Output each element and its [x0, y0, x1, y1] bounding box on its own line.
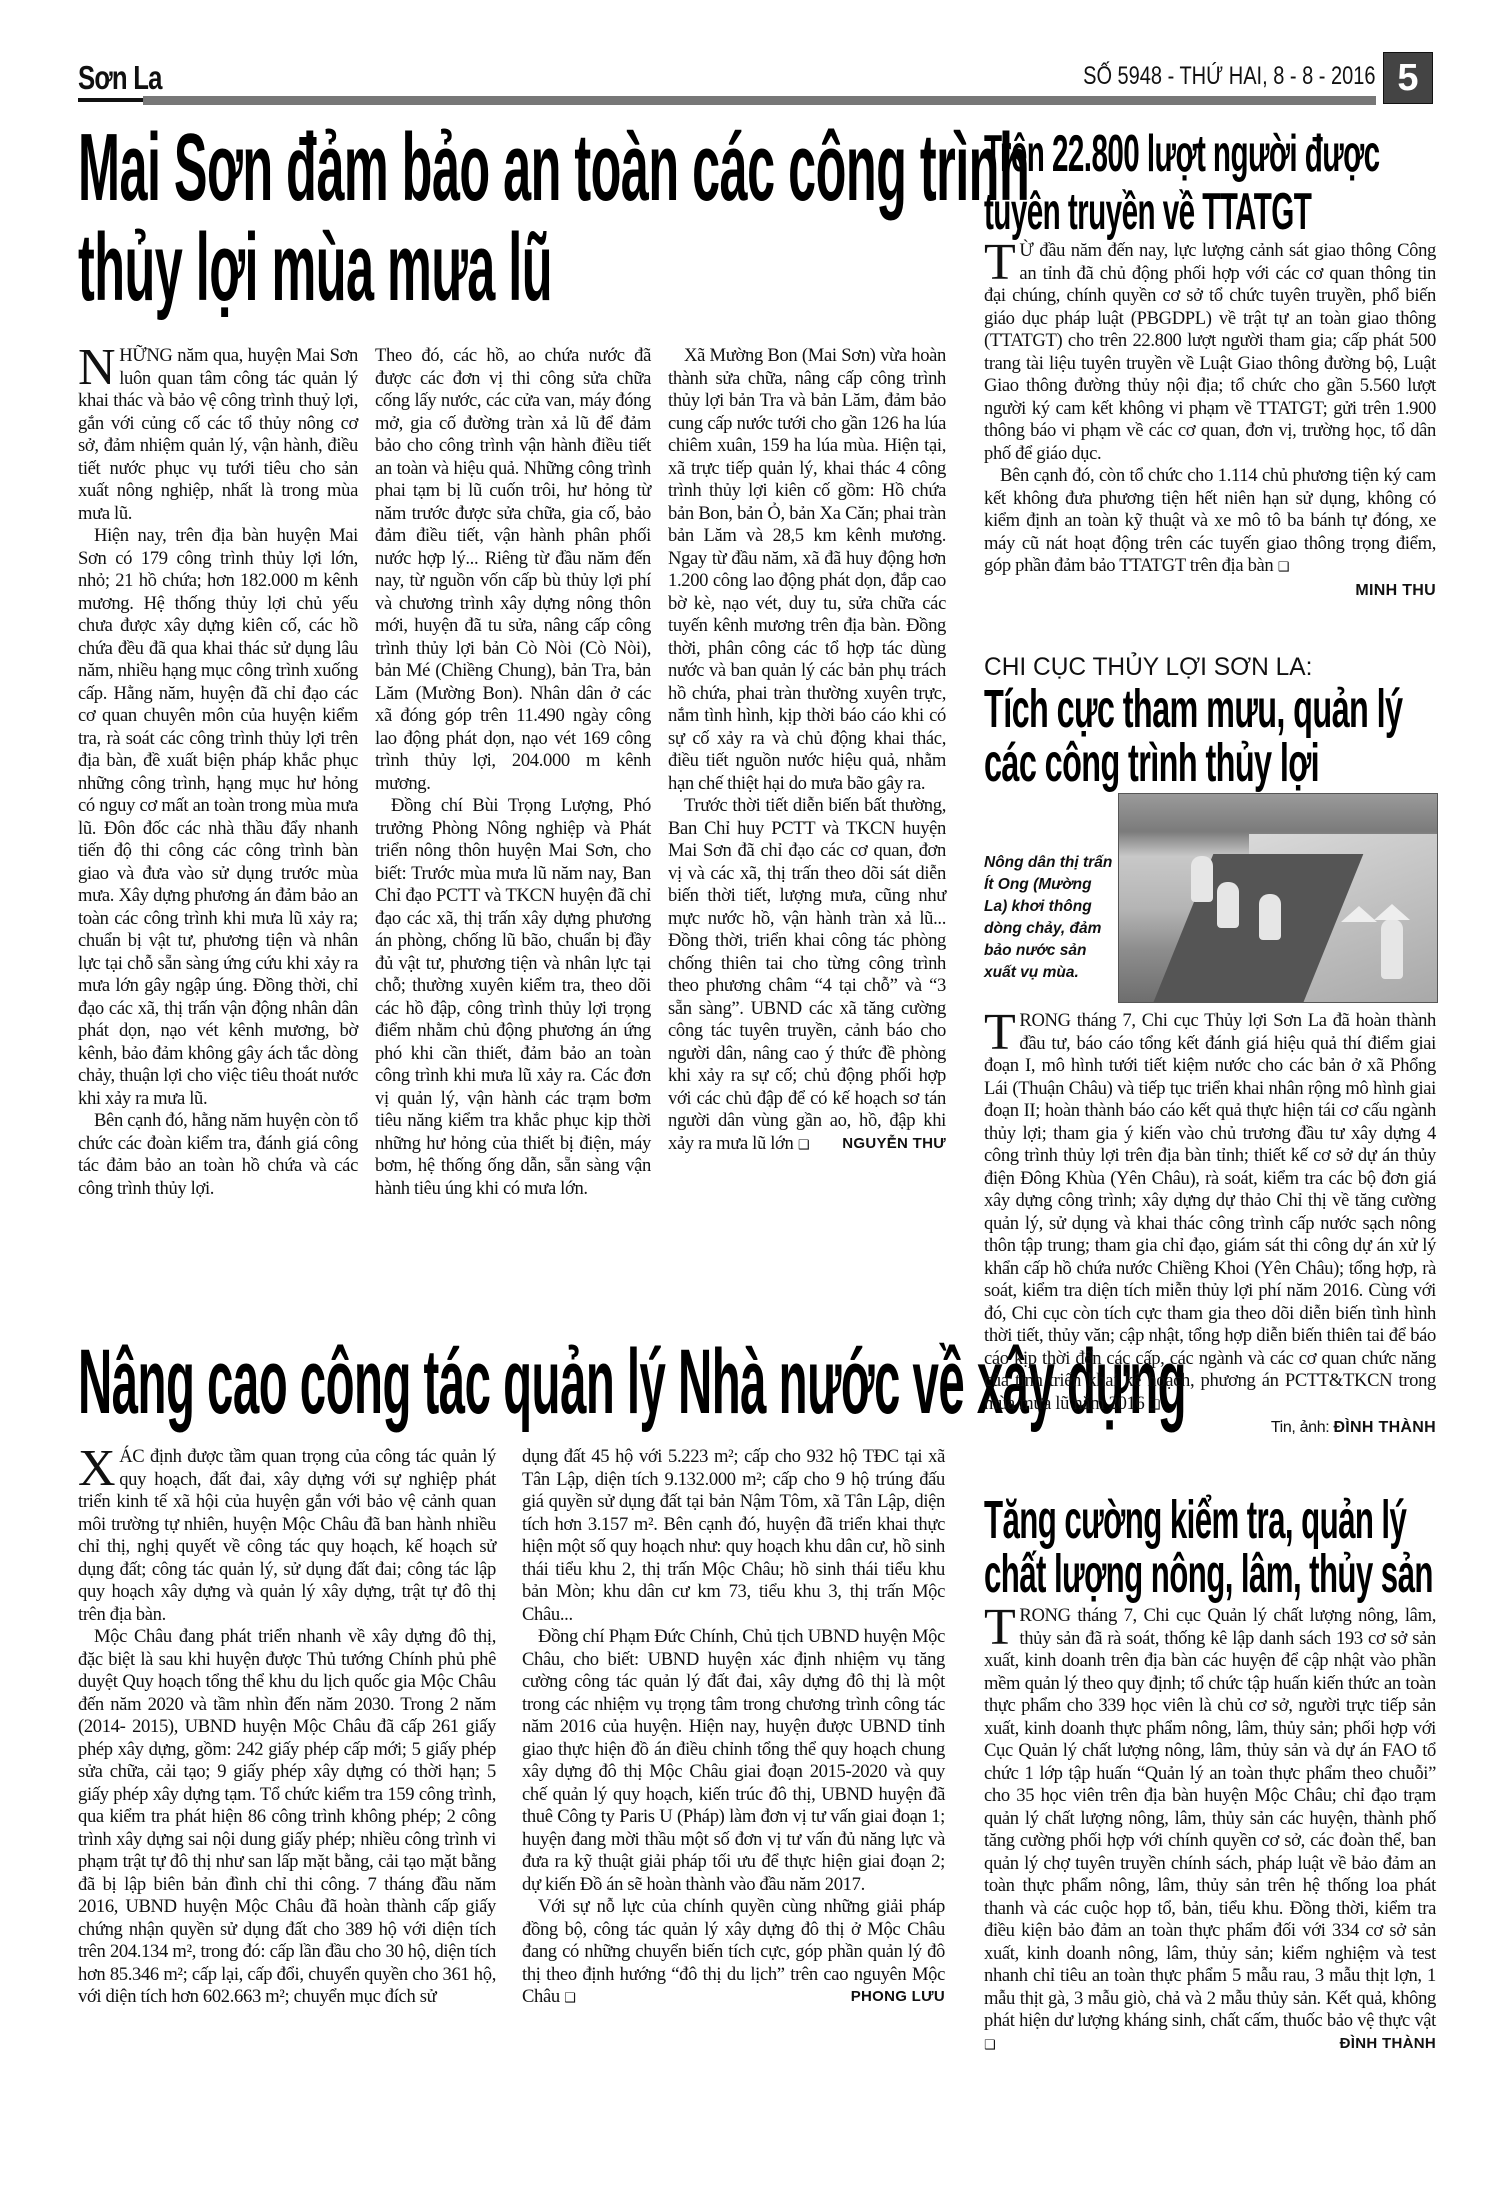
- quality-headline-line-1: Tăng cường kiểm tra, quản lý: [984, 1493, 1433, 1547]
- traffic-headline-line-2: tuyên truyền về TTATGT: [984, 183, 1380, 241]
- construction-article-column-2: dụng đất 45 hộ với 5.223 m²; cấp cho 932…: [522, 1446, 945, 2011]
- main-article-column-3: Xã Mường Bon (Mai Sơn) vừa hoàn thành sử…: [668, 345, 946, 1157]
- quality-headline-line-2: chất lượng nông, lâm, thủy sản: [984, 1547, 1433, 1601]
- end-mark-icon: ❑: [1278, 560, 1289, 575]
- traffic-article-body: TỪ đầu năm đến nay, lực lượng cảnh sát g…: [984, 240, 1436, 602]
- quality-article-body: TRONG tháng 7, Chi cục Quản lý chất lượn…: [984, 1605, 1436, 2057]
- photo-person: [1381, 919, 1403, 979]
- quality-headline: Tăng cường kiểm tra, quản lý chất lượng …: [984, 1493, 1433, 1601]
- traffic-headline-line-1: Trên 22.800 lượt người được: [984, 125, 1380, 183]
- irrigation-headline-line-2: các công trình thủy lợi: [984, 736, 1402, 790]
- paragraph: Mộc Châu đang phát triển nhanh về xây dự…: [78, 1626, 496, 2009]
- paragraph: TRONG tháng 7, Chi cục Thủy lợi Sơn La đ…: [984, 1010, 1436, 1417]
- end-mark-icon: ❑: [984, 2038, 995, 2053]
- paragraph: Hiện nay, trên địa bàn huyện Mai Sơn có …: [78, 525, 358, 1110]
- photo-conical-hat: [1341, 906, 1377, 922]
- end-mark-icon: ❑: [564, 1991, 575, 2006]
- drop-cap: X: [78, 1449, 115, 1489]
- paragraph: Với sự nỗ lực của chính quyền cùng những…: [522, 1896, 945, 2011]
- irrigation-kicker: CHI CỤC THỦY LỢI SƠN LA:: [984, 652, 1312, 682]
- main-article-column-1: NHỮNG năm qua, huyện Mai Sơn luôn quan t…: [78, 345, 358, 1200]
- farmers-canal-photo: [1118, 793, 1438, 1003]
- main-article-column-2: Theo đó, các hồ, ao chứa nước đã được cá…: [375, 345, 651, 1200]
- end-mark-icon: ❑: [798, 1138, 809, 1153]
- photo-caption: Nông dân thị trấn Ít Ong (Mường La) khơi…: [984, 852, 1114, 984]
- photo-conical-hat: [1374, 904, 1410, 920]
- irrigation-headline-line-1: Tích cực tham mưu, quản lý: [984, 682, 1402, 736]
- traffic-headline: Trên 22.800 lượt người được tuyên truyền…: [984, 125, 1380, 241]
- paragraph: dụng đất 45 hộ với 5.223 m²; cấp cho 932…: [522, 1446, 945, 1626]
- drop-cap: N: [78, 348, 115, 388]
- photo-person: [1259, 894, 1281, 940]
- paragraph: Đồng chí Phạm Đức Chính, Chủ tịch UBND h…: [522, 1626, 945, 1896]
- paragraph: XÁC định được tầm quan trọng của công tá…: [78, 1446, 496, 1626]
- issue-date-line: SỐ 5948 - THỨ HAI, 8 - 8 - 2016: [1083, 60, 1375, 92]
- paragraph: Đồng chí Bùi Trọng Lượng, Phó trưởng Phò…: [375, 795, 651, 1200]
- paragraph: Bên cạnh đó, hằng năm huyện còn tổ chức …: [78, 1110, 358, 1200]
- paragraph: TRONG tháng 7, Chi cục Quản lý chất lượn…: [984, 1605, 1436, 2057]
- drop-cap: T: [984, 243, 1015, 283]
- main-headline-line-1: Mai Sơn đảm bảo an toàn các công trình: [78, 118, 1029, 218]
- irrigation-article-body: TRONG tháng 7, Chi cục Thủy lợi Sơn La đ…: [984, 1010, 1436, 1440]
- paragraph: Bên cạnh đó, còn tổ chức cho 1.114 chủ p…: [984, 465, 1436, 580]
- photo-person: [1191, 856, 1213, 902]
- page-number-badge: 5: [1383, 52, 1433, 104]
- drop-cap: T: [984, 1013, 1015, 1053]
- byline: PHONG LƯU: [835, 1986, 945, 2009]
- construction-article-column-1: XÁC định được tầm quan trọng của công tá…: [78, 1446, 496, 2009]
- end-mark-icon: ❑: [1149, 1398, 1160, 1413]
- photo-person: [1217, 882, 1239, 928]
- main-headline: Mai Sơn đảm bảo an toàn các công trình t…: [78, 118, 1029, 318]
- drop-cap: T: [984, 1608, 1015, 1648]
- byline: MINH THU: [1355, 582, 1436, 599]
- main-headline-line-2: thủy lợi mùa mưa lũ: [78, 218, 1029, 318]
- paragraph: TỪ đầu năm đến nay, lực lượng cảnh sát g…: [984, 240, 1436, 465]
- byline: ĐÌNH THÀNH: [1333, 1419, 1436, 1436]
- photo-credit: Tin, ảnh: ĐÌNH THÀNH: [984, 1417, 1436, 1440]
- paragraph: Trước thời tiết diễn biến bất thường, Ba…: [668, 795, 946, 1157]
- header-rule: [143, 96, 1376, 105]
- byline: NGUYỄN THƯ: [826, 1133, 946, 1156]
- irrigation-headline: Tích cực tham mưu, quản lý các công trìn…: [984, 682, 1402, 790]
- paragraph: NHỮNG năm qua, huyện Mai Sơn luôn quan t…: [78, 345, 358, 525]
- paragraph: Xã Mường Bon (Mai Sơn) vừa hoàn thành sử…: [668, 345, 946, 795]
- byline: ĐÌNH THÀNH: [1340, 2033, 1436, 2056]
- paragraph: Theo đó, các hồ, ao chứa nước đã được cá…: [375, 345, 651, 795]
